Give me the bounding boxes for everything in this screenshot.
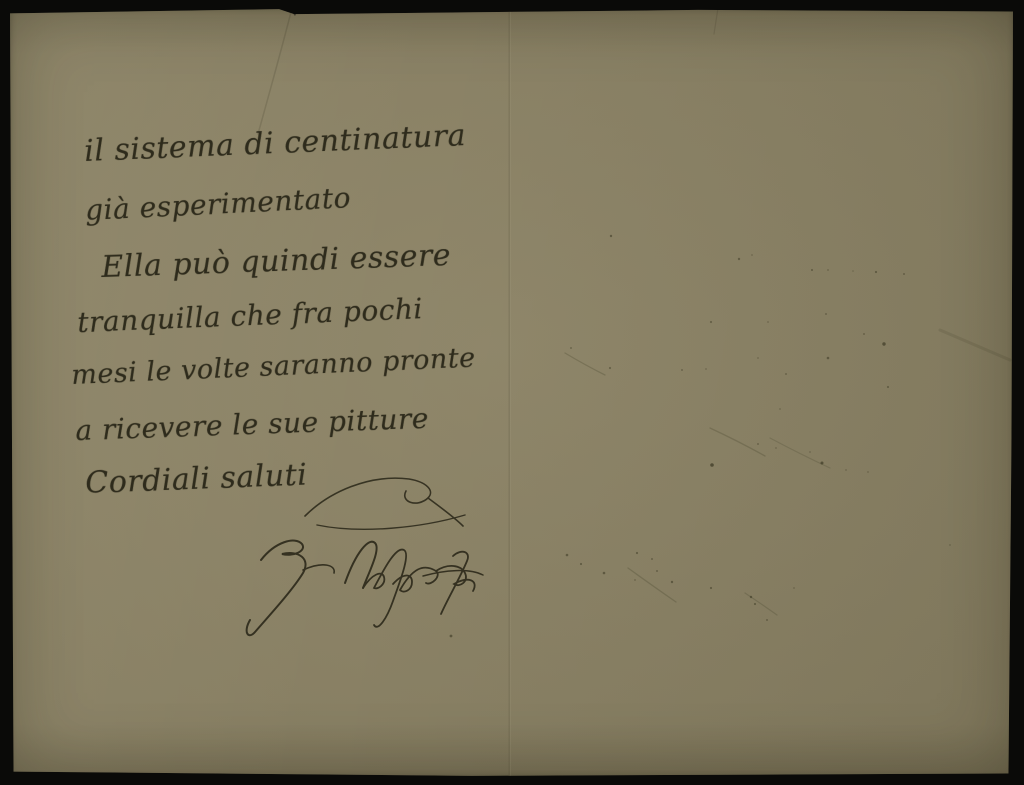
top-crease bbox=[258, 8, 292, 134]
paper-sheet: il sistema di centinatura già esperiment… bbox=[10, 8, 1014, 777]
handwriting-line: tranquilla che fra pochi bbox=[77, 292, 424, 339]
top-edge-notch bbox=[289, 8, 299, 16]
handwriting-line-closing: Cordiali saluti bbox=[85, 457, 308, 501]
right-edge-crease bbox=[940, 330, 1010, 360]
scanned-letter-page: il sistema di centinatura già esperiment… bbox=[0, 0, 1024, 785]
ink-bleed-through-marks bbox=[10, 8, 1014, 777]
handwriting-line: già esperimentato bbox=[84, 181, 351, 227]
center-fold-line bbox=[508, 8, 511, 777]
handwriting-line: Ella può quindi essere bbox=[101, 238, 452, 285]
handwriting-line: a ricevere le sue pitture bbox=[75, 402, 430, 447]
handwriting-line: mesi le volte saranno pronte bbox=[71, 342, 477, 391]
signature bbox=[215, 528, 505, 658]
handwriting-line: il sistema di centinatura bbox=[84, 118, 467, 169]
